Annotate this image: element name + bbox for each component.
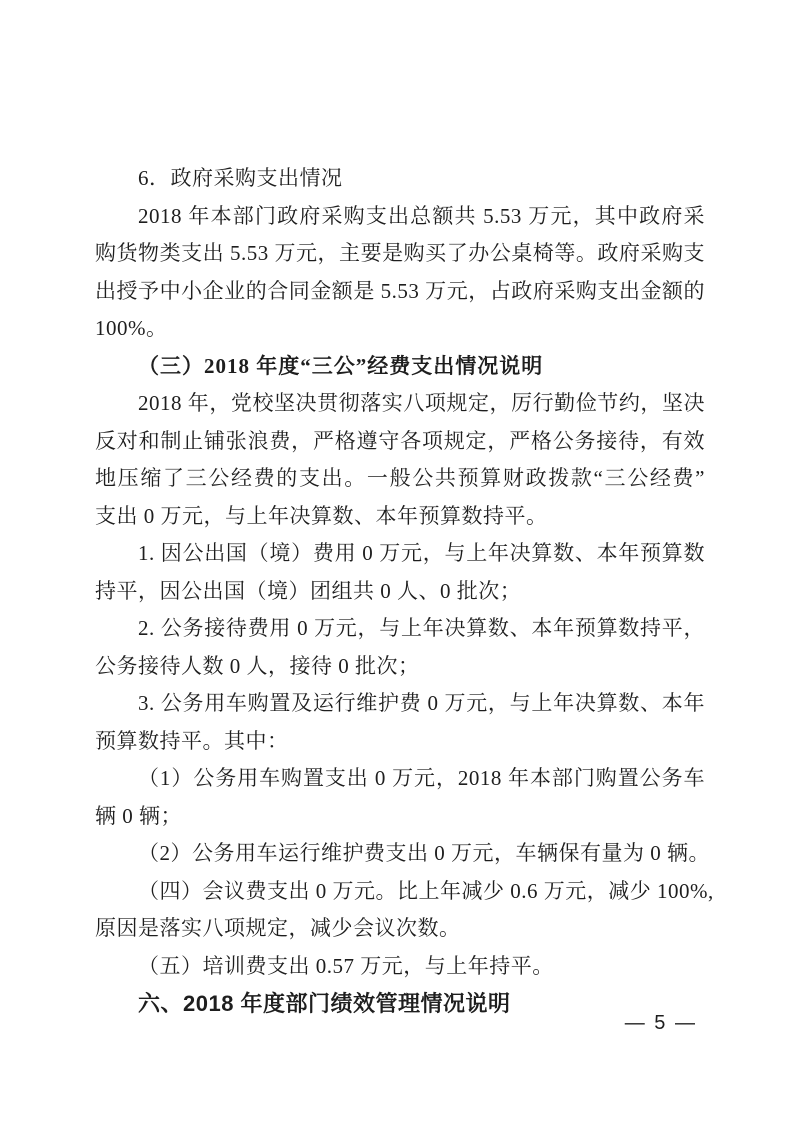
- text-line: 反对和制止铺张浪费，严格遵守各项规定，严格公务接待，有效: [95, 423, 705, 461]
- text-line: 原因是落实八项规定，减少会议次数。: [95, 910, 705, 948]
- text-line: 支出 0 万元，与上年决算数、本年预算数持平。: [95, 498, 705, 536]
- text-line: 2018 年本部门政府采购支出总额共 5.53 万元，其中政府采: [95, 198, 705, 236]
- paragraph-three-public-overview: 2018 年，党校坚决贯彻落实八项规定，厉行勤俭节约，坚决反对和制止铺张浪费，严…: [95, 385, 705, 535]
- item-3-1-vehicle-purchase: （1）公务用车购置支出 0 万元，2018 年本部门购置公务车辆 0 辆；: [95, 760, 705, 835]
- item-1-overseas-trips: 1. 因公出国（境）费用 0 万元，与上年决算数、本年预算数持平，因公出国（境）…: [95, 535, 705, 610]
- text-line: 3. 公务用车购置及运行维护费 0 万元，与上年决算数、本年: [95, 685, 705, 723]
- text-line: 辆 0 辆；: [95, 798, 705, 836]
- text-line: 100%。: [95, 310, 705, 348]
- document-body: 6．政府采购支出情况2018 年本部门政府采购支出总额共 5.53 万元，其中政…: [95, 160, 705, 1023]
- item-3-official-vehicles: 3. 公务用车购置及运行维护费 0 万元，与上年决算数、本年预算数持平。其中：: [95, 685, 705, 760]
- item-5-training-fees: （五）培训费支出 0.57 万元，与上年持平。: [95, 948, 705, 986]
- text-line: （五）培训费支出 0.57 万元，与上年持平。: [95, 948, 705, 986]
- text-line: （2）公务用车运行维护费支出 0 万元，车辆保有量为 0 辆。: [95, 835, 705, 873]
- text-line: 出授予中小企业的合同金额是 5.53 万元，占政府采购支出金额的: [95, 273, 705, 311]
- text-line: 地压缩了三公经费的支出。一般公共预算财政拨款“三公经费”: [95, 460, 705, 498]
- heading-performance-management: 六、2018 年度部门绩效管理情况说明: [95, 985, 705, 1023]
- text-line: 预算数持平。其中：: [95, 723, 705, 761]
- text-line: 2. 公务接待费用 0 万元，与上年决算数、本年预算数持平，: [95, 610, 705, 648]
- text-line: （三）2018 年度“三公”经费支出情况说明: [95, 348, 705, 386]
- text-line: 持平，因公出国（境）团组共 0 人、0 批次；: [95, 573, 705, 611]
- item-3-2-vehicle-maintenance: （2）公务用车运行维护费支出 0 万元，车辆保有量为 0 辆。: [95, 835, 705, 873]
- item-4-meeting-fees: （四）会议费支出 0 万元。比上年减少 0.6 万元，减少 100%,原因是落实…: [95, 873, 705, 948]
- page-number: — 5 —: [625, 1008, 697, 1038]
- text-line: （四）会议费支出 0 万元。比上年减少 0.6 万元，减少 100%,: [95, 873, 705, 911]
- text-line: 公务接待人数 0 人，接待 0 批次；: [95, 648, 705, 686]
- text-line: 1. 因公出国（境）费用 0 万元，与上年决算数、本年预算数: [95, 535, 705, 573]
- text-line: 购货物类支出 5.53 万元，主要是购买了办公桌椅等。政府采购支: [95, 235, 705, 273]
- text-line: 六、2018 年度部门绩效管理情况说明: [95, 985, 705, 1023]
- text-line: 2018 年，党校坚决贯彻落实八项规定，厉行勤俭节约，坚决: [95, 385, 705, 423]
- heading-three-public-expenses: （三）2018 年度“三公”经费支出情况说明: [95, 348, 705, 386]
- paragraph-gov-procurement: 2018 年本部门政府采购支出总额共 5.53 万元，其中政府采购货物类支出 5…: [95, 198, 705, 348]
- item-2-official-reception: 2. 公务接待费用 0 万元，与上年决算数、本年预算数持平，公务接待人数 0 人…: [95, 610, 705, 685]
- sub-heading-gov-procurement: 6．政府采购支出情况: [95, 160, 705, 198]
- text-line: （1）公务用车购置支出 0 万元，2018 年本部门购置公务车: [95, 760, 705, 798]
- document-page: 6．政府采购支出情况2018 年本部门政府采购支出总额共 5.53 万元，其中政…: [0, 0, 793, 1122]
- text-line: 6．政府采购支出情况: [95, 160, 705, 198]
